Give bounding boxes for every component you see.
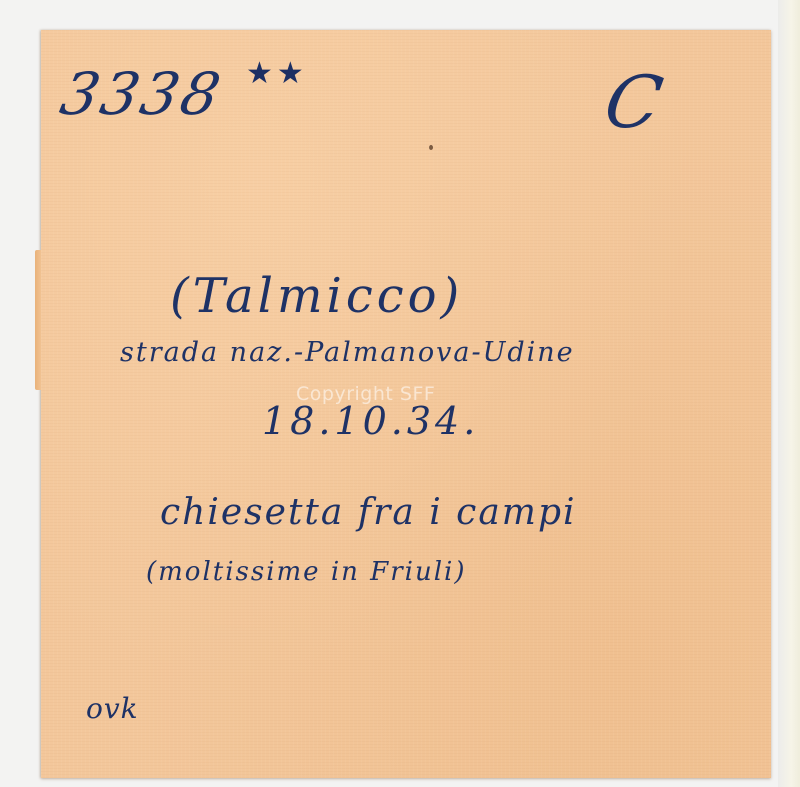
background-strip xyxy=(778,0,800,787)
locality-text: (Talmicco) xyxy=(170,268,463,324)
catalog-number: 3338 xyxy=(55,60,229,128)
habitat-text: chiesetta fra i campi xyxy=(160,492,577,533)
route-text: strada naz.-Palmanova-Udine xyxy=(120,337,575,368)
catalog-star-marks: ★★ xyxy=(246,56,308,91)
collector-initials: ovk xyxy=(86,692,139,725)
envelope-flap-edge xyxy=(35,250,41,390)
collection-date: 18.10.34. xyxy=(262,399,479,443)
copyright-watermark: Copyright SFF xyxy=(296,383,435,405)
paper-speck xyxy=(429,145,433,150)
note-text: (moltissime in Friuli) xyxy=(146,557,466,587)
